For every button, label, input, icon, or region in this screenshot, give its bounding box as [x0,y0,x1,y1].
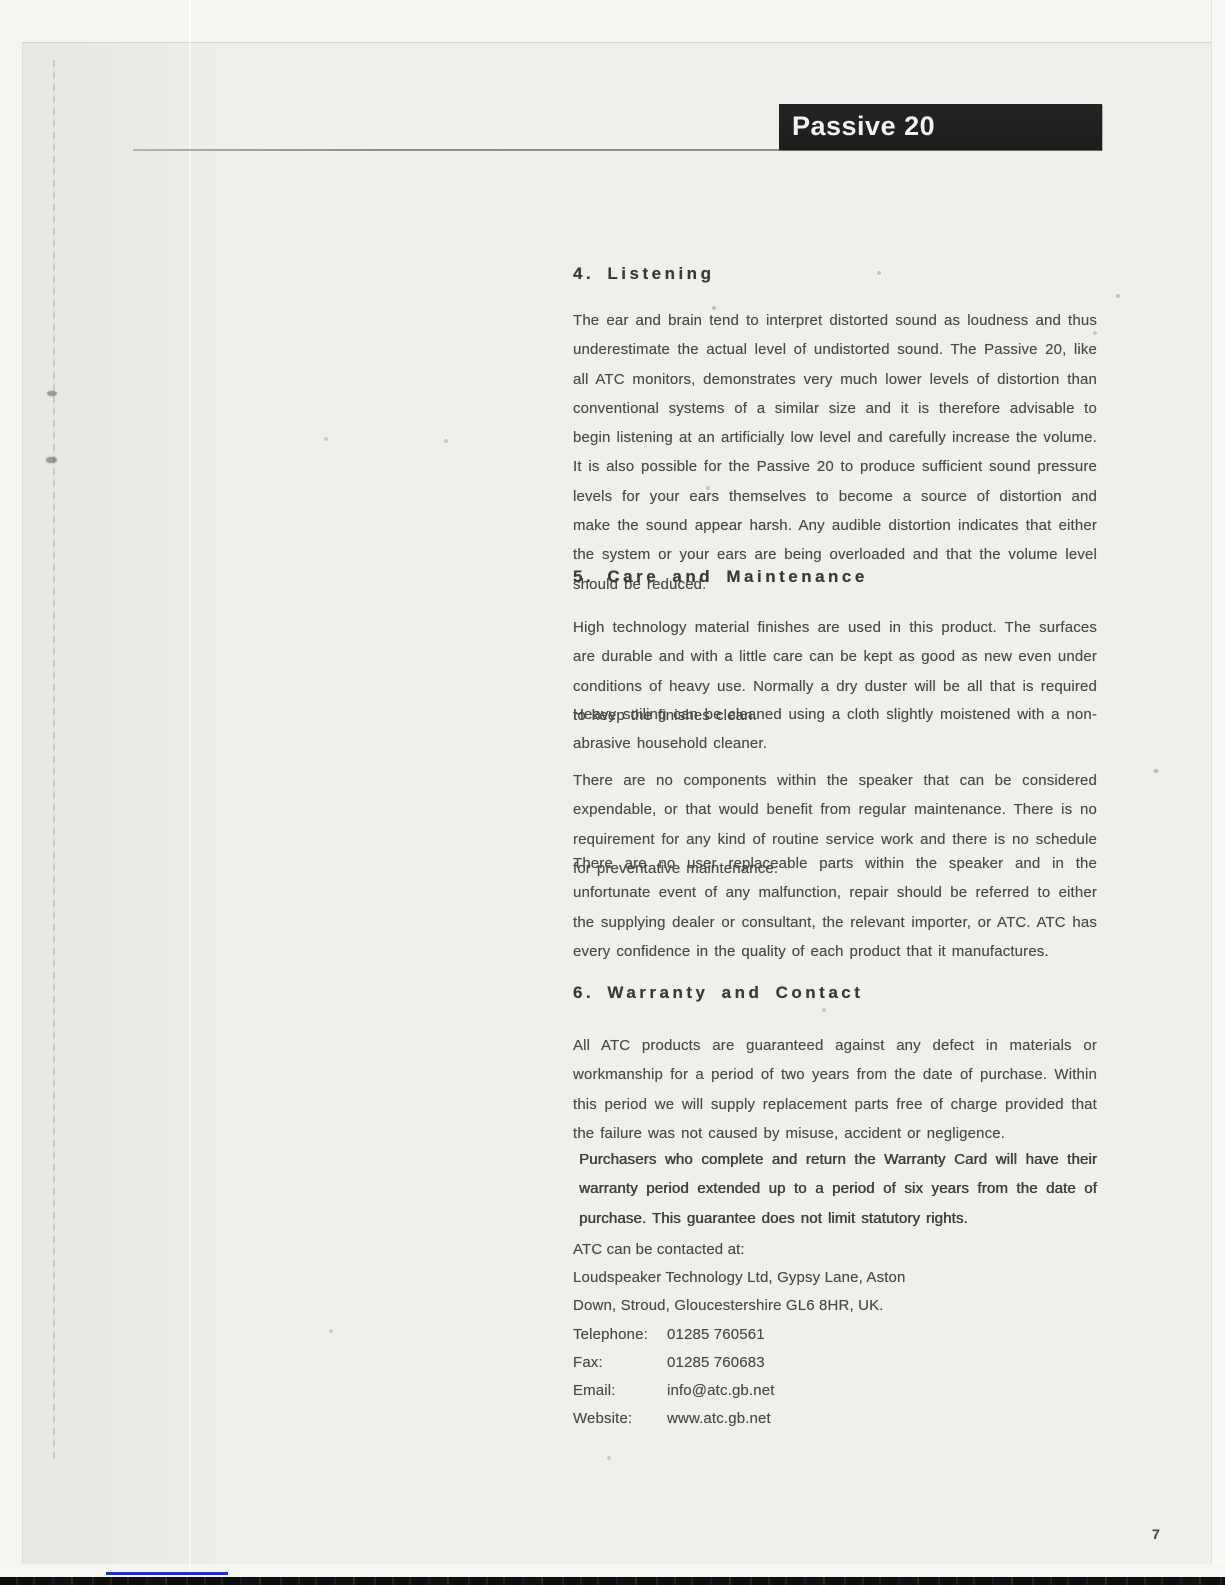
fax-value: 01285 760683 [667,1354,765,1371]
email-label: Email: [573,1377,667,1405]
listening-paragraph: The ear and brain tend to interpret dist… [573,306,1097,599]
binding-fold-line [53,60,55,1460]
fax-label: Fax: [573,1349,667,1377]
care-paragraph-2: Heavy soiling can be cleaned using a clo… [573,700,1097,759]
scanner-edge-right [1211,0,1225,1585]
section-heading-care-maintenance: 5. Care and Maintenance [573,567,1103,587]
contact-address-line-1: Loudspeaker Technology Ltd, Gypsy Lane, … [573,1264,1097,1292]
product-title-banner: Passive 20 [779,104,1102,150]
section-heading-listening: 4. Listening [573,264,1103,284]
contact-block: ATC can be contacted at: Loudspeaker Tec… [573,1236,1097,1433]
page-number: 7 [1152,1526,1160,1542]
contact-row-telephone: Telephone:01285 760561 [573,1321,1097,1349]
scanned-manual-page: Passive 20 4. Listening The ear and brai… [0,0,1225,1585]
telephone-value: 01285 760561 [667,1326,765,1343]
warranty-paragraph-1: All ATC products are guaranteed against … [573,1031,1097,1148]
scan-streak-artifact [189,0,191,1585]
warranty-paragraph-2: Purchasers who complete and return the W… [579,1145,1097,1233]
scan-speck [47,391,57,396]
email-value: info@atc.gb.net [667,1382,775,1399]
contact-intro: ATC can be contacted at: [573,1236,1097,1264]
scan-bottom-edge-band [0,1577,1225,1585]
scan-speck [46,457,57,463]
paper-bottom-edge [0,1564,1225,1577]
product-title: Passive 20 [792,111,935,141]
section-heading-warranty-contact: 6. Warranty and Contact [573,983,1103,1003]
website-value: www.atc.gb.net [667,1410,771,1427]
website-label: Website: [573,1405,667,1433]
contact-address-line-2: Down, Stroud, Gloucestershire GL6 8HR, U… [573,1292,1097,1320]
contact-row-website: Website:www.atc.gb.net [573,1405,1097,1433]
contact-row-fax: Fax:01285 760683 [573,1349,1097,1377]
telephone-label: Telephone: [573,1321,667,1349]
contact-row-email: Email:info@atc.gb.net [573,1377,1097,1405]
care-paragraph-4: There are no user replaceable parts with… [573,849,1097,966]
scan-blue-line-artifact [106,1572,228,1575]
